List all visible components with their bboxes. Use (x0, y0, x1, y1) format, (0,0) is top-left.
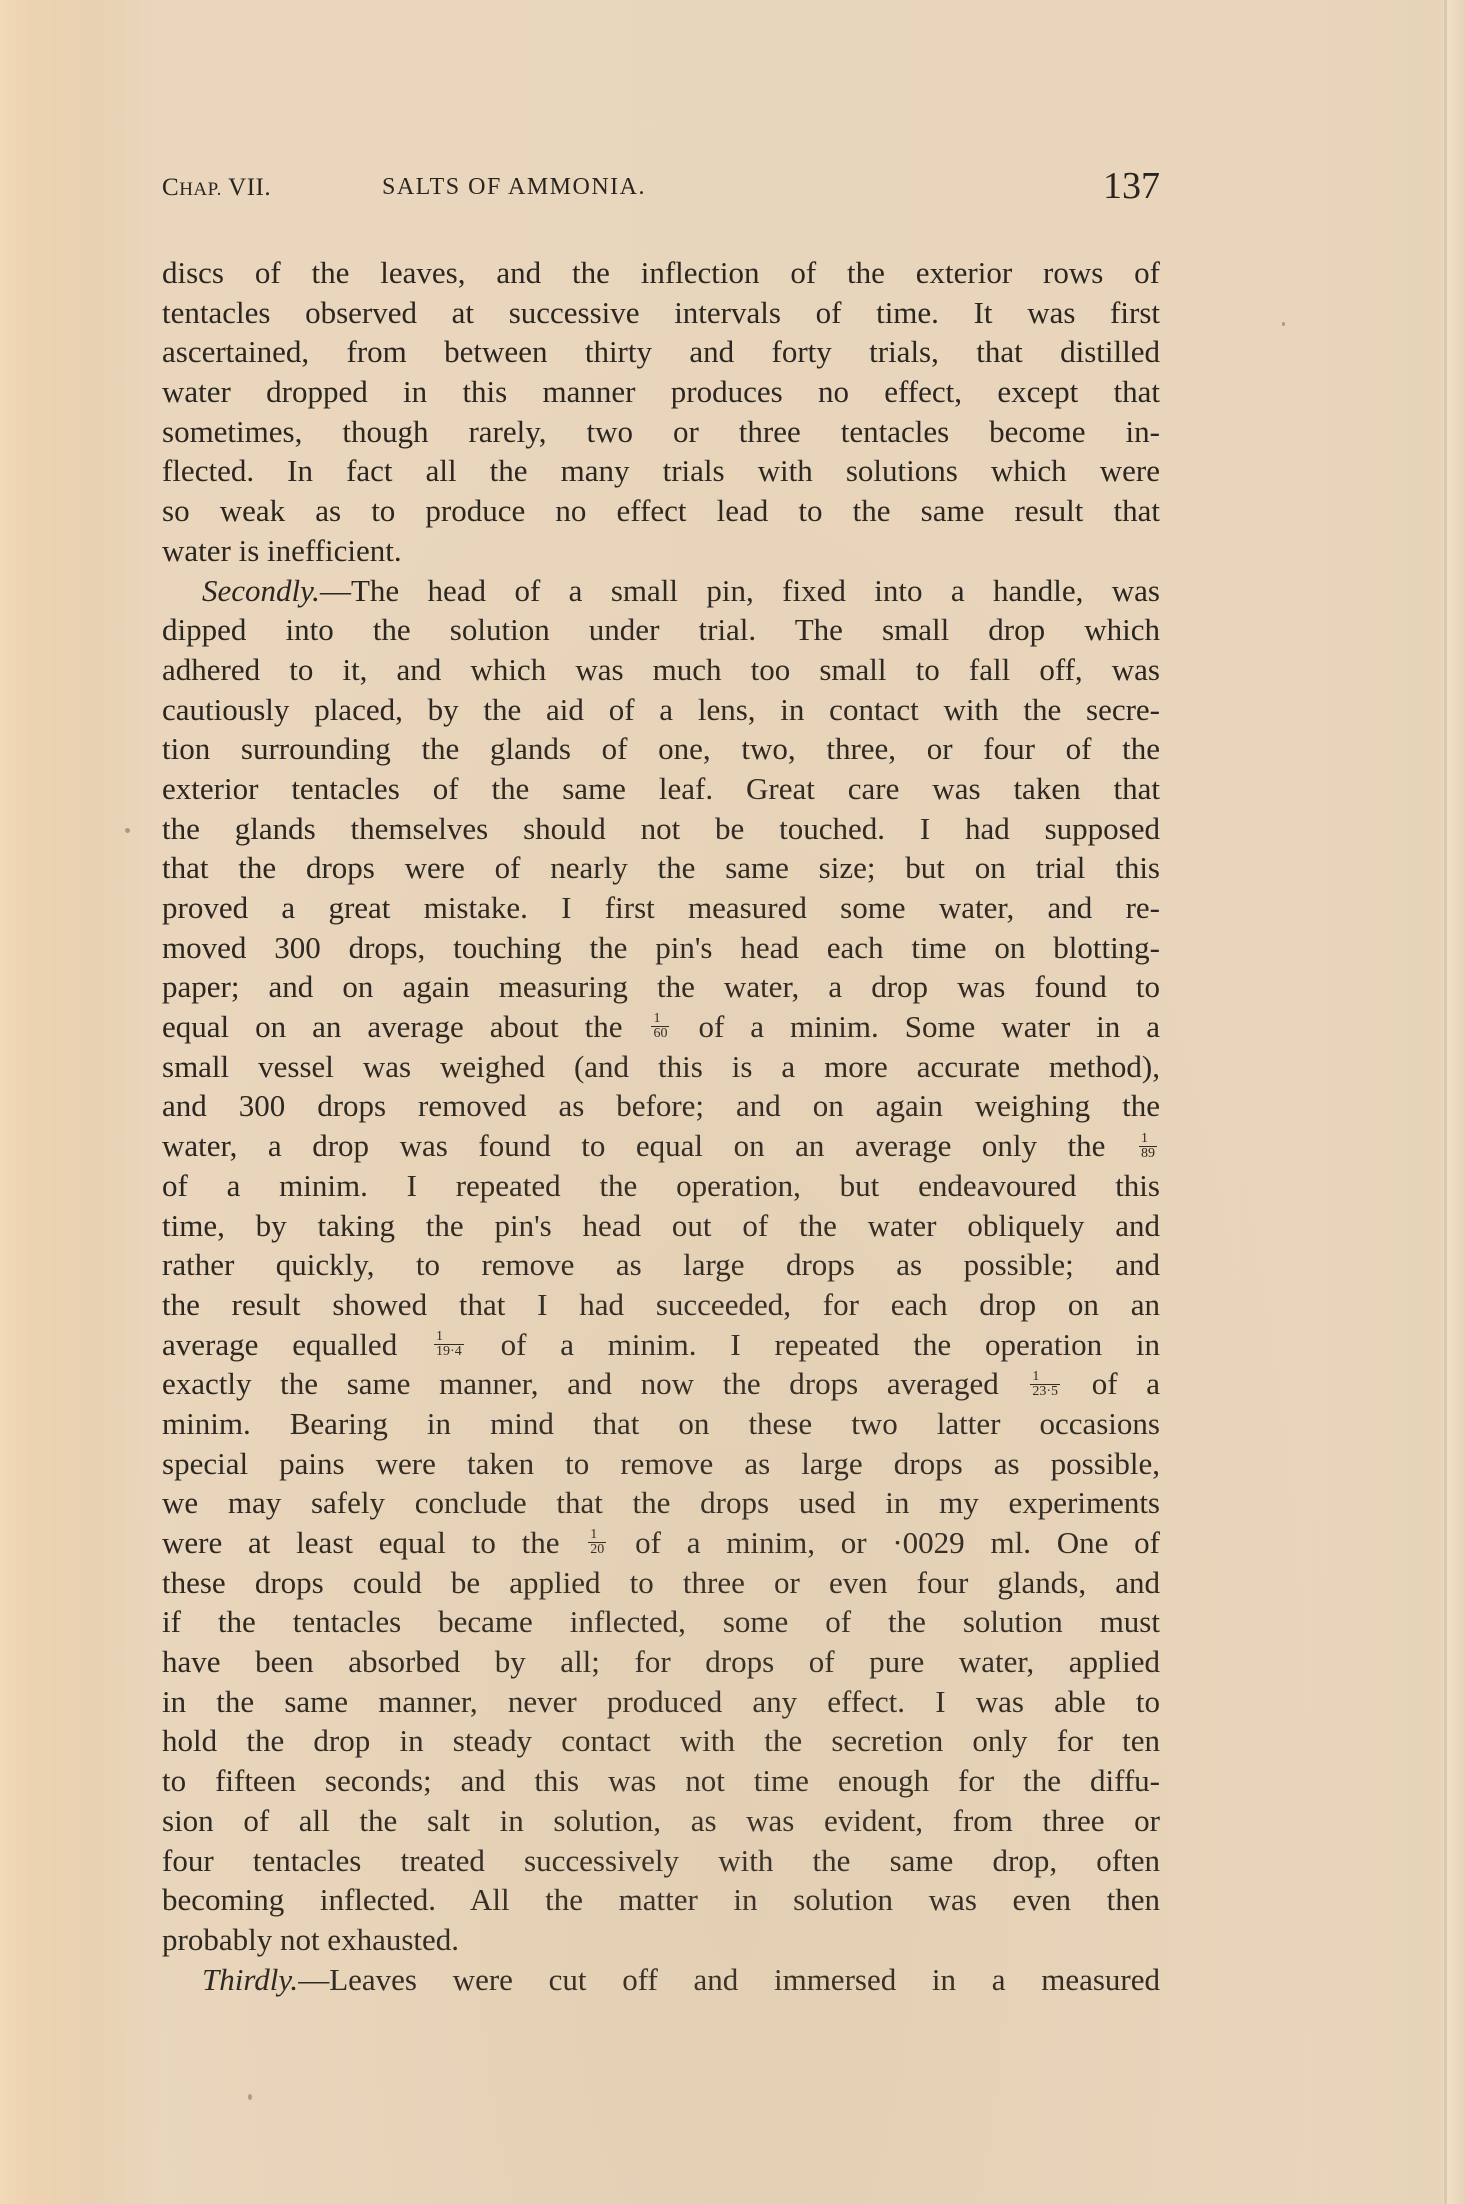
fraction-numerator: 1 (588, 1528, 606, 1543)
fraction-1-19-4: 119·4 (434, 1330, 464, 1359)
fraction-1-89: 189 (1139, 1132, 1157, 1161)
text-line: Thirdly.—Leaves were cut off and immerse… (162, 1960, 1160, 2000)
text-line: small vessel was weighed (and this is a … (162, 1047, 1160, 1087)
scanned-book-page: CHAP. VII. SALTS OF AMMONIA. 137 discs o… (0, 0, 1465, 2204)
text-line: sometimes, though rarely, two or three t… (162, 412, 1160, 452)
page-number: 137 (1103, 164, 1160, 208)
text-line: moved 300 drops, touching the pin's head… (162, 928, 1160, 968)
text-line: to fifteen seconds; and this was not tim… (162, 1761, 1160, 1801)
fraction-denominator: 23·5 (1030, 1385, 1060, 1399)
body-text: discs of the leaves, and the inflection … (162, 253, 1160, 1999)
text-line: so weak as to produce no effect lead to … (162, 491, 1160, 531)
running-header: CHAP. VII. SALTS OF AMMONIA. 137 (162, 170, 1160, 215)
text-segment: of a minim. I repeated the operation in (501, 1327, 1160, 1362)
text-line: becoming inflected. All the matter in so… (162, 1880, 1160, 1920)
text-line: four tentacles treated successively with… (162, 1841, 1160, 1881)
fraction-numerator: 1 (651, 1012, 669, 1027)
text-line: that the drops were of nearly the same s… (162, 848, 1160, 888)
chapter-numeral: VII. (222, 174, 271, 201)
text-segment: were at least equal to the (162, 1525, 559, 1560)
text-line: dipped into the solution under trial. Th… (162, 610, 1160, 650)
fraction-numerator: 1 (434, 1330, 464, 1345)
page-edge (1444, 0, 1447, 2204)
text-segment: of a (1092, 1366, 1160, 1401)
paragraph-lead-italic: Secondly. (202, 573, 320, 608)
text-line: the result showed that I had succeeded, … (162, 1285, 1160, 1325)
text-line: if the tentacles became inflected, some … (162, 1602, 1160, 1642)
text-line: water, a drop was found to equal on an a… (162, 1126, 1160, 1166)
chapter-smallcaps: HAP. (179, 179, 222, 200)
paragraph-2: Secondly.—The head of a small pin, fixed… (162, 571, 1160, 1960)
text-line: tion surrounding the glands of one, two,… (162, 729, 1160, 769)
text-segment: —Leaves were cut off and immersed in a m… (298, 1962, 1160, 1997)
text-line: exterior tentacles of the same leaf. Gre… (162, 769, 1160, 809)
text-segment: equal on an average about the (162, 1009, 622, 1044)
chapter-initial: C (162, 174, 179, 201)
text-line: we may safely conclude that the drops us… (162, 1483, 1160, 1523)
scan-speck (125, 828, 130, 833)
fraction-1-23-5: 123·5 (1030, 1370, 1060, 1399)
fraction-denominator: 19·4 (434, 1345, 464, 1359)
text-line: tentacles observed at successive interva… (162, 293, 1160, 333)
text-line: in the same manner, never produced any e… (162, 1682, 1160, 1722)
text-segment: of a minim. Some water in a (698, 1009, 1160, 1044)
scan-speck (248, 2094, 252, 2100)
text-segment: average equalled (162, 1327, 397, 1362)
text-line: discs of the leaves, and the inflection … (162, 253, 1160, 293)
fraction-numerator: 1 (1139, 1132, 1157, 1147)
text-line: paper; and on again measuring the water,… (162, 967, 1160, 1007)
text-line: water dropped in this manner produces no… (162, 372, 1160, 412)
text-line: adhered to it, and which was much too sm… (162, 650, 1160, 690)
text-line: proved a great mistake. I first measured… (162, 888, 1160, 928)
paragraph-3: Thirdly.—Leaves were cut off and immerse… (162, 1960, 1160, 2000)
text-line: exactly the same manner, and now the dro… (162, 1364, 1160, 1404)
text-segment: exactly the same manner, and now the dro… (162, 1366, 999, 1401)
text-line: probably not exhausted. (162, 1920, 1160, 1960)
text-segment: —The head of a small pin, fixed into a h… (320, 573, 1160, 608)
scan-speck (1282, 322, 1285, 326)
text-line: flected. In fact all the many trials wit… (162, 451, 1160, 491)
text-line: special pains were taken to remove as la… (162, 1444, 1160, 1484)
fraction-1-60: 160 (651, 1012, 669, 1041)
text-line: were at least equal to the 120 of a mini… (162, 1523, 1160, 1563)
text-line: minim. Bearing in mind that on these two… (162, 1404, 1160, 1444)
paragraph-1: discs of the leaves, and the inflection … (162, 253, 1160, 571)
text-line: and 300 drops removed as before; and on … (162, 1086, 1160, 1126)
paragraph-lead-italic: Thirdly. (202, 1962, 298, 1997)
text-line: hold the drop in steady contact with the… (162, 1721, 1160, 1761)
text-line: have been absorbed by all; for drops of … (162, 1642, 1160, 1682)
text-segment: water, a drop was found to equal on an a… (162, 1128, 1105, 1163)
text-line: equal on an average about the 160 of a m… (162, 1007, 1160, 1047)
text-line: rather quickly, to remove as large drops… (162, 1245, 1160, 1285)
text-line: of a minim. I repeated the operation, bu… (162, 1166, 1160, 1206)
fraction-1-20: 120 (588, 1528, 606, 1557)
chapter-label: CHAP. VII. (162, 174, 271, 202)
fraction-denominator: 20 (588, 1543, 606, 1557)
text-line: the glands themselves should not be touc… (162, 809, 1160, 849)
fraction-denominator: 60 (651, 1027, 669, 1041)
text-line: these drops could be applied to three or… (162, 1563, 1160, 1603)
text-line: average equalled 119·4 of a minim. I rep… (162, 1325, 1160, 1365)
text-line: sion of all the salt in solution, as was… (162, 1801, 1160, 1841)
text-line: Secondly.—The head of a small pin, fixed… (162, 571, 1160, 611)
text-line: time, by taking the pin's head out of th… (162, 1206, 1160, 1246)
running-title: SALTS OF AMMONIA. (382, 174, 646, 201)
text-line: water is inefficient. (162, 531, 1160, 571)
fraction-denominator: 89 (1139, 1147, 1157, 1161)
text-line: cautiously placed, by the aid of a lens,… (162, 690, 1160, 730)
text-line: ascertained, from between thirty and for… (162, 332, 1160, 372)
text-segment: of a minim, or ·0029 ml. One of (635, 1525, 1160, 1560)
fraction-numerator: 1 (1030, 1370, 1060, 1385)
